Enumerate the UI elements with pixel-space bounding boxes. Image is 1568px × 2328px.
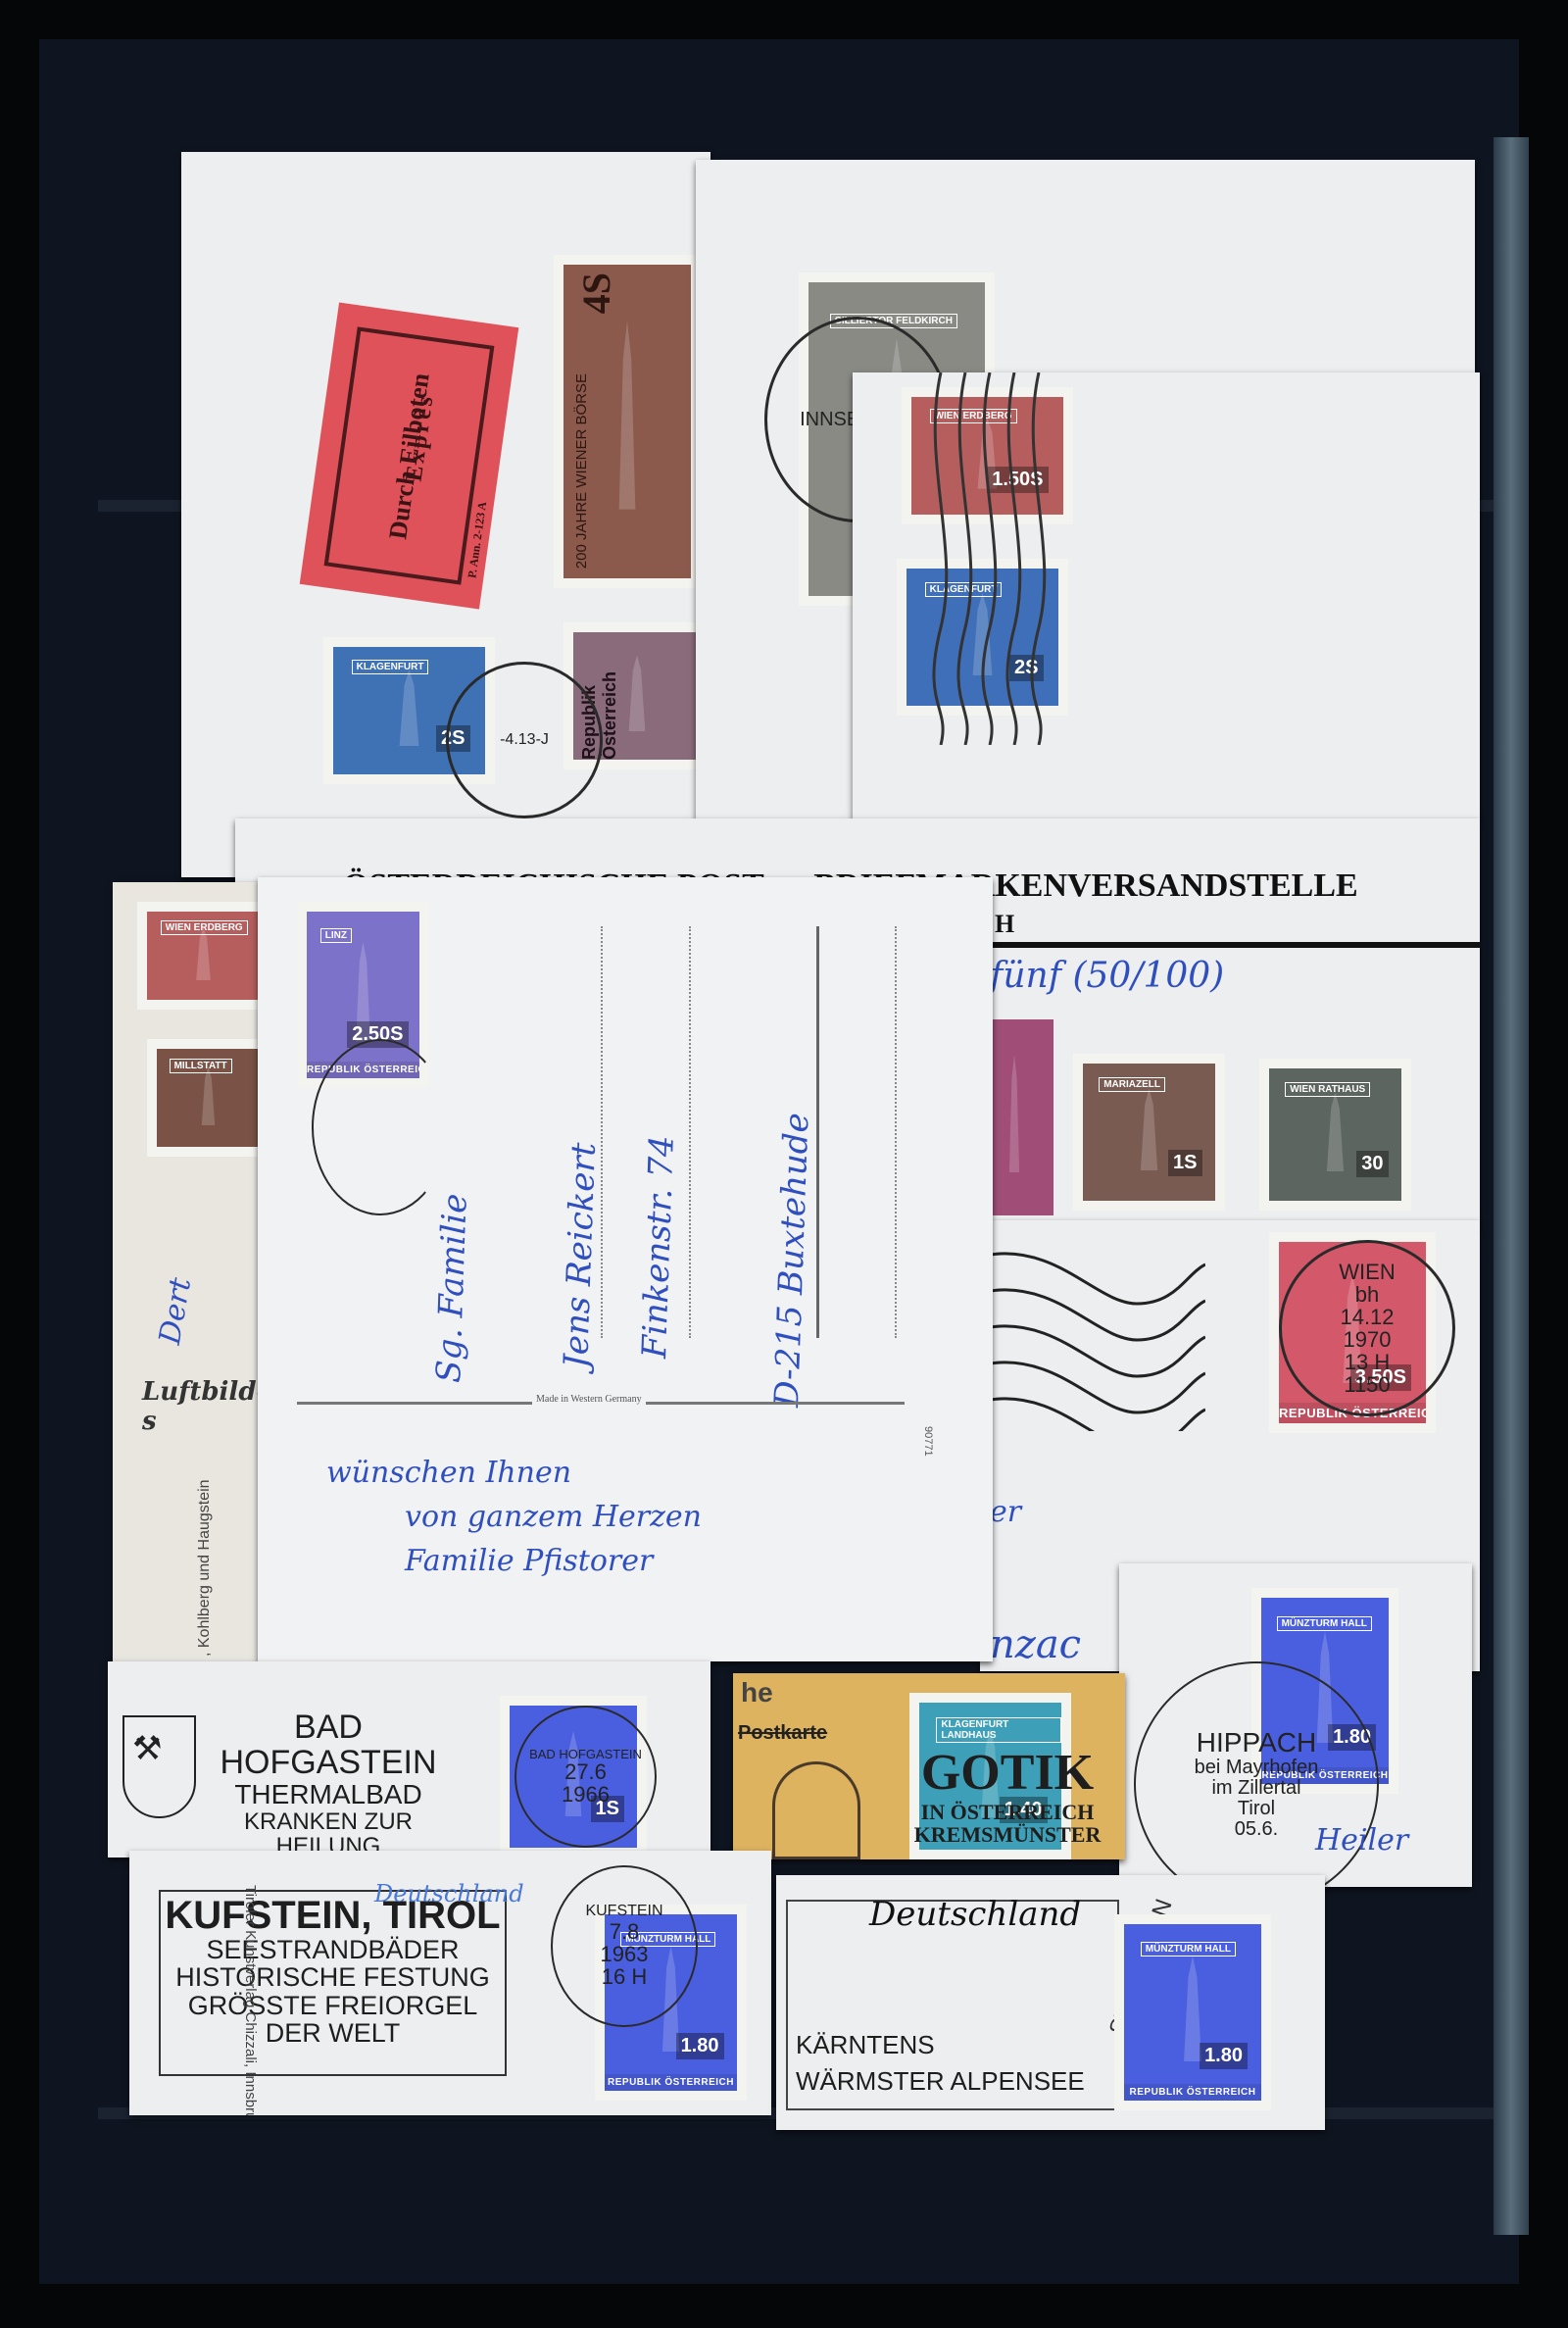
address-line-3: Finkenstr. 74 <box>635 1135 682 1360</box>
postmark-city: WIEN <box>1339 1261 1395 1283</box>
handwriting: Deutschland <box>869 1895 1081 1934</box>
slogan-line: IN ÖSTERREICH <box>880 1801 1125 1823</box>
coat-of-arms-icon: ⚒ <box>122 1715 196 1818</box>
stamp-country: REPUBLIK ÖSTERREICH <box>1124 2084 1261 2101</box>
card-caption: , Kohlberg und Haugstein <box>196 1479 214 1657</box>
postmark-line: 05.6. <box>1235 1819 1278 1840</box>
address-line-4: D-215 Buxtehude <box>767 1113 816 1409</box>
left-postcard: WIEN ERDBERG MILLSTATT Dert Luftbild-s ,… <box>113 882 269 1661</box>
express-label: Durch Eilboten Exprès P. Ann. 2-123 A <box>300 303 519 610</box>
express-cover: Durch Eilboten Exprès P. Ann. 2-123 A 20… <box>181 152 710 877</box>
muenzturm-stamp: MÜNZTURM HALL 1.80 REPUBLIK ÖSTERREICH <box>1114 1914 1271 2110</box>
address-line <box>895 926 897 1338</box>
postmark-line: HIPPACH <box>1197 1728 1316 1757</box>
handwriting: Dert <box>153 1275 198 1347</box>
card-word: Postkarte <box>738 1722 827 1745</box>
hofgastein-postmark: BAD HOFGASTEIN 27.6 1966 <box>514 1706 657 1848</box>
address-line <box>689 926 691 1338</box>
mariazell-stamp: MARIAZELL 1S <box>1073 1054 1225 1211</box>
hofgastein-clipping: ⚒ BAD HOFGASTEIN THERMALBAD KRANKEN ZUR … <box>108 1661 710 1857</box>
postmark-line: im Zillertal <box>1211 1778 1300 1799</box>
card-fragment: he <box>741 1677 773 1709</box>
gotik-clipping: he Postkarte KLAGENFURT LANDHAUS 1.40 GO… <box>733 1673 1125 1859</box>
woerthersee-clipping: Deutschland KÄRNTENS WÄRMSTER ALPENSEE S… <box>776 1875 1325 2130</box>
heading-rule <box>980 942 1480 948</box>
slogan-line: DER WELT <box>159 2019 507 2047</box>
slogan-line: GOTIK <box>880 1747 1125 1801</box>
postmark-year: 1963 <box>601 1943 649 1965</box>
postmark: -4.13-J <box>446 662 603 818</box>
postmark-line: Tirol <box>1238 1799 1275 1819</box>
postmark-line: bei Mayrhofen <box>1195 1758 1319 1778</box>
woerthersee-slogan: KÄRNTENS WÄRMSTER ALPENSEE <box>796 2032 1085 2096</box>
publisher-code: 90771 <box>922 1426 934 1457</box>
stamp-value: 1S <box>1168 1150 1201 1176</box>
millstatt-stamp: MILLSTATT <box>147 1039 269 1157</box>
imprint: Made in Western Germany <box>532 1394 646 1405</box>
postmark-city: BAD HOFGASTEIN <box>529 1748 642 1761</box>
gotik-slogan: GOTIK IN ÖSTERREICH KREMSMÜNSTER <box>880 1747 1125 1846</box>
stamp-value: 1.80 <box>676 2033 724 2059</box>
wien-postmark: WIEN bh 14.12 1970 13 H 1150 <box>1279 1240 1455 1416</box>
stamp-country: REPUBLIK ÖSTERREICH <box>605 2074 737 2091</box>
wave-cancel <box>921 372 1058 745</box>
postmark-date: -4.13-J <box>500 732 549 749</box>
postmark-date: 7.8 <box>610 1920 640 1943</box>
postmark-code: bh <box>1355 1283 1379 1306</box>
boerse-stamp-text: 200 JAHRE WIENER BÖRSE <box>573 373 590 569</box>
wien-rathaus-stamp: WIEN RATHAUS 30 <box>1259 1059 1411 1211</box>
handwritten-note: fünf (50/100) <box>990 956 1224 996</box>
stamp-place: WIEN RATHAUS <box>1285 1082 1370 1097</box>
stamp-place: KLAGENFURT <box>352 660 429 674</box>
postmark-zip: 1150 <box>1344 1373 1390 1396</box>
postmark-year: 1970 <box>1344 1328 1392 1351</box>
slogan-line: WÄRMSTER ALPENSEE <box>796 2068 1085 2095</box>
postmark-hour: 13 H <box>1345 1351 1390 1373</box>
stamp-place: MILLSTATT <box>170 1059 232 1073</box>
address-line <box>816 926 819 1338</box>
handwriting: Heiler <box>1315 1823 1408 1857</box>
stamp-place: MARIAZELL <box>1099 1077 1165 1092</box>
address-line-2: Jens Reickert <box>557 1142 604 1368</box>
boerse-stamp: 200 JAHRE WIENER BÖRSE 4S <box>554 255 701 588</box>
stamp-place: MÜNZTURM HALL <box>1141 1942 1236 1957</box>
wien-erdberg-stamp: WIEN ERDBERG <box>137 902 269 1010</box>
handwriting: Deutschland <box>374 1880 524 1907</box>
versandstelle-heading-tail: H <box>995 910 1014 939</box>
slogan-line: SEESTRANDBÄDER <box>159 1936 507 1963</box>
stamp-place: LINZ <box>320 928 352 943</box>
main-postcard: LINZ 2.50S REPUBLIK ÖSTERREICH Sg. Famil… <box>258 877 993 1661</box>
postmark-year: 1966 <box>562 1783 610 1806</box>
hippach-clipping: MÜNZTURM HALL 1.80 REPUBLIK ÖSTERREICH H… <box>1119 1563 1472 1887</box>
message-line-2: von ganzem Herzen <box>405 1500 702 1534</box>
slogan-line: KÄRNTENS <box>796 2032 1085 2058</box>
protective-sheet-edge <box>1494 137 1529 2235</box>
message-line-1: wünschen Ihnen <box>326 1456 571 1490</box>
slogan-line: HOFGASTEIN <box>216 1746 441 1781</box>
slogan-line: BAD <box>216 1710 441 1746</box>
stamp-value: 1.80 <box>1200 2043 1248 2069</box>
slogan-line: HISTORISCHE FESTUNG <box>159 1963 507 1991</box>
kufstein-slogan: KUFSTEIN, TIROL SEESTRANDBÄDER HISTORISC… <box>159 1895 507 2047</box>
slogan-line: GRÖSSTE FREIORGEL <box>159 1992 507 2019</box>
postmark-hour: 16 H <box>602 1965 647 1988</box>
kufstein-postmark: KUFSTEIN 7.8 1963 16 H <box>551 1865 698 2027</box>
address-line <box>601 926 603 1338</box>
boerse-stamp-value: 4S <box>573 272 619 314</box>
slogan-line: THERMALBAD <box>216 1780 441 1808</box>
madonna-figure <box>772 1761 860 1859</box>
message-line-3: Familie Pfistorer <box>405 1544 653 1578</box>
handwriting: nzac <box>990 1622 1081 1667</box>
card-brand: Luftbild-s <box>142 1377 269 1436</box>
postmark <box>312 1039 449 1215</box>
postmark-city: KUFSTEIN <box>585 1904 662 1920</box>
stamp-place: KLAGENFURT LANDHAUS <box>936 1717 1061 1743</box>
stamp-place: WIEN ERDBERG <box>161 920 248 935</box>
hofgastein-slogan: BAD HOFGASTEIN THERMALBAD KRANKEN ZUR HE… <box>216 1710 441 1857</box>
card-caption: Tiroler Kunstverlag Chizzali, Innsbruck <box>242 1885 259 2115</box>
wave-cancel <box>990 1245 1205 1431</box>
kufstein-clipping: KUFSTEIN, TIROL SEESTRANDBÄDER HISTORISC… <box>129 1851 771 2115</box>
slogan-line: KREMSMÜNSTER <box>880 1823 1125 1846</box>
postmark-date: 27.6 <box>564 1760 607 1783</box>
wavy-cancel-cover: WIEN ERDBERG 1.50S KLAGENFURT 2S <box>853 372 1480 823</box>
postmark-date: 14.12 <box>1340 1306 1394 1328</box>
address-line-1: Sg. Familie <box>429 1193 475 1383</box>
handwriting: er <box>990 1495 1021 1529</box>
stamp-place: MÜNZTURM HALL <box>1277 1616 1372 1631</box>
stamp-value: 30 <box>1356 1151 1388 1177</box>
